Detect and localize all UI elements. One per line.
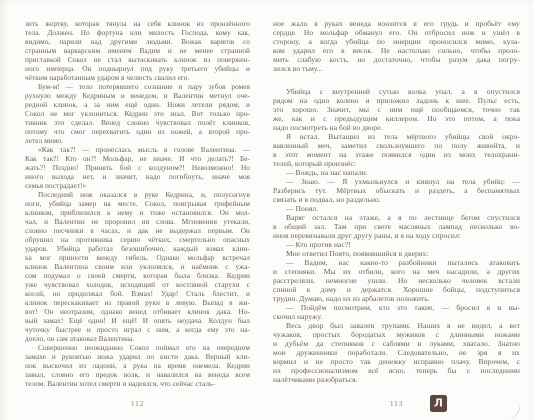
text-line: мои дружинники поработали. Следовательно… [273,348,520,357]
text-line: рядом на одно колено и приложил ладонь к… [273,96,520,105]
text-line: вот! Он неотразим, однако венед отбивает… [25,307,250,316]
text-line: сердце. Но мольфар обманул его. Он отбро… [273,28,520,37]
text-line: семья пострадает!» [25,181,250,190]
text-line: же, как и с предыдущим киллером. Но это … [273,114,520,123]
text-line: ноги, убийца замер на месте. Сокол, поиг… [25,199,250,208]
text-line: клинок Валентина своим или уклонялся, и … [25,262,250,271]
text-line: уже чувствовал холодок, исходящий от кос… [25,280,250,289]
text-line: зить жертву, которая тянула на себя клин… [25,19,250,28]
text-line: связать и в подвал, но раздельно. [273,195,520,204]
text-line: Сокол не мог уклониться. Кедрин это знал… [25,109,250,118]
text-line: — Пойдём посмотрим, кто это такие, — бро… [273,303,520,312]
text-line: налётчиками разобраться. [273,375,520,384]
text-line: тела. Должен. Но фортуна или милость Гос… [25,28,250,37]
text-line: в этот момент на этаже появился один из … [273,150,520,159]
text-line: и степняки. Мы их отбили, кого на меч на… [273,267,520,276]
text-line: скочил наружу. [273,312,520,321]
text-line: словно песчинки в часах, и дак не выдерж… [25,226,250,235]
text-line: их профессионализмом всё ясно, теперь бы… [273,366,520,375]
text-line: Разберись тут. Мёртвых обыскать и раздет… [273,186,520,195]
text-line: телом. Валентин хотел смерти и надеялся,… [25,379,250,388]
text-line: трудно. Думаю, надо их из арбалетов поло… [273,294,520,303]
text-line: вый замах! Ещё один! И ещё! И опять неуд… [25,316,250,325]
text-line: надо посмотреть на бой во дворе. [273,123,520,132]
text-line: Я встал. Вытащил из тела мёртвого убийцы… [273,132,520,141]
text-line: Убийца с внутренней сутью волка упал, а … [273,87,520,96]
text-line: ком ударил его в висок. Не настолько сил… [273,46,520,55]
text-line: чётким наработанным ударом в челюсть сва… [25,73,250,82]
text-line: редной клинок, а за ним ещё один. Ножи л… [25,100,250,109]
text-line: тивник это сделал. Венед словно чувствов… [25,118,250,127]
text-line: клинком, приблизился к нему и тоже остан… [25,208,250,217]
text-line: косой, но продолжал бой. Взмах! Удар! Ст… [25,289,250,298]
page-number-right: 113 [273,399,520,408]
text-line: в общий зал. Там при свете масляных ламп… [273,222,520,231]
text-line: телей, который произнёс: [273,159,520,168]
text-line: Как так?! Кто он?! Мольфар, не иначе. И … [25,154,250,163]
text-line: — Вадим, нас какие-то разбойники пыталис… [273,258,520,267]
book-scan-spread: зить жертву, которая тянула на себя клин… [0,0,533,420]
text-line: Совершенно неожиданно Сокол поймал его н… [25,343,250,352]
text-line: видимо, парили над другими людьми. Вожак… [25,37,250,46]
text-line: рухнуло между Кедриным и венедом, и Вале… [25,91,250,100]
text-line: чуточку быстрее и просто играл с ним, а … [25,325,250,334]
text-line: спиной к дому и держатся. Хорошие бойцы,… [273,285,520,294]
text-line: чал, и Валентин не проронил ни слова. Мг… [25,217,250,226]
text-line: Мне ответил Поято, появившийся в дверях: [273,249,520,258]
text-line: замахе и рукоятью ножа ударил по кисти д… [25,352,250,361]
text-line: нок выскочил из ладони, а рука на время … [25,361,250,370]
text-line: — Понял. [273,204,520,213]
text-line: вавленный меч, заметил скользнувшего по … [273,141,520,150]
text-line: Бум-м! — тело потерявшего сознание и пар… [25,82,250,91]
page-number-left: 112 [25,399,250,408]
page-left: зить жертву, которая тянула на себя клин… [0,0,266,420]
text-line: иного выхода нет, и значит, надо погибну… [25,172,250,181]
text-line: завыл, словно его предок волк, и навалил… [25,370,250,379]
text-line: мить слабую кость, но достаточно, чтобы … [273,55,520,64]
text-line: кормил и не просто так денежку исправно … [273,357,520,366]
text-line: летел мимо. [25,136,250,145]
text-line: — Вождь, на нас напали. [273,168,520,177]
text-line: инов перевязывали друг другу раны, и я н… [273,231,520,240]
text-line: Весь двор был завален трупами. Наших я н… [273,321,520,330]
text-line: — Знаю. — Я ухмыльнулся и кивнул на тела… [273,177,520,186]
page-right-text: ное жало в руках венеда вонзится в его г… [273,19,520,384]
text-line: обрушил на противника серию чётких, смер… [25,235,250,244]
labirint-logo: Л [430,395,447,412]
text-line: это хорошо. Значит, мы с ним ещё пообщае… [273,105,520,114]
text-line: жать?! Поздно! Принять бой с колдуном?! … [25,163,250,172]
text-line: ударов. Убийца работал безошибочно, кажд… [25,244,250,253]
text-line: Варяг остался на этаже, а я по лестнице … [273,213,520,222]
text-line: сом подумал о своей смерти, которая была… [25,271,250,280]
page-left-text: зить жертву, которая тянула на себя клин… [25,19,250,388]
text-line: зился во тьму... [273,64,520,73]
text-line: ка мог принести венеду гибель. Однако мо… [25,253,250,262]
text-line: доело, он сам атаковал Валентина. [25,334,250,343]
page-right: ное жало в руках венеда вонзится в его г… [266,0,533,420]
text-line: «Как так?! — пронеслась мысль в голове В… [25,145,250,154]
text-line: и дубьём да степняков с саблями и луками… [273,339,520,348]
text-line: потому что смог перехватить один из ноже… [25,127,250,136]
scene-break [273,73,520,87]
text-line: странным варварским именем Вадим и не ме… [25,46,250,55]
text-line: сторону, а когда убийца по инерции проно… [273,37,520,46]
text-line: расстреляли, немногие ушли. Но несколько… [273,276,520,285]
text-line: ного имперца. Он поднырнул под руку трет… [25,64,250,73]
text-line: чужаков, простых бородатых мужиков с дли… [273,330,520,339]
text-line: приставкой Сокол не стал вытаскивать кли… [25,55,250,64]
text-line: — Кто против нас?! [273,240,520,249]
text-line: Последний нож оказался в руке Кедрина, и… [25,190,250,199]
text-line: ное жало в руках венеда вонзится в его г… [273,19,520,28]
text-line: клинок перескакивает из правой руки в ле… [25,298,250,307]
logo-letter: Л [434,398,443,409]
